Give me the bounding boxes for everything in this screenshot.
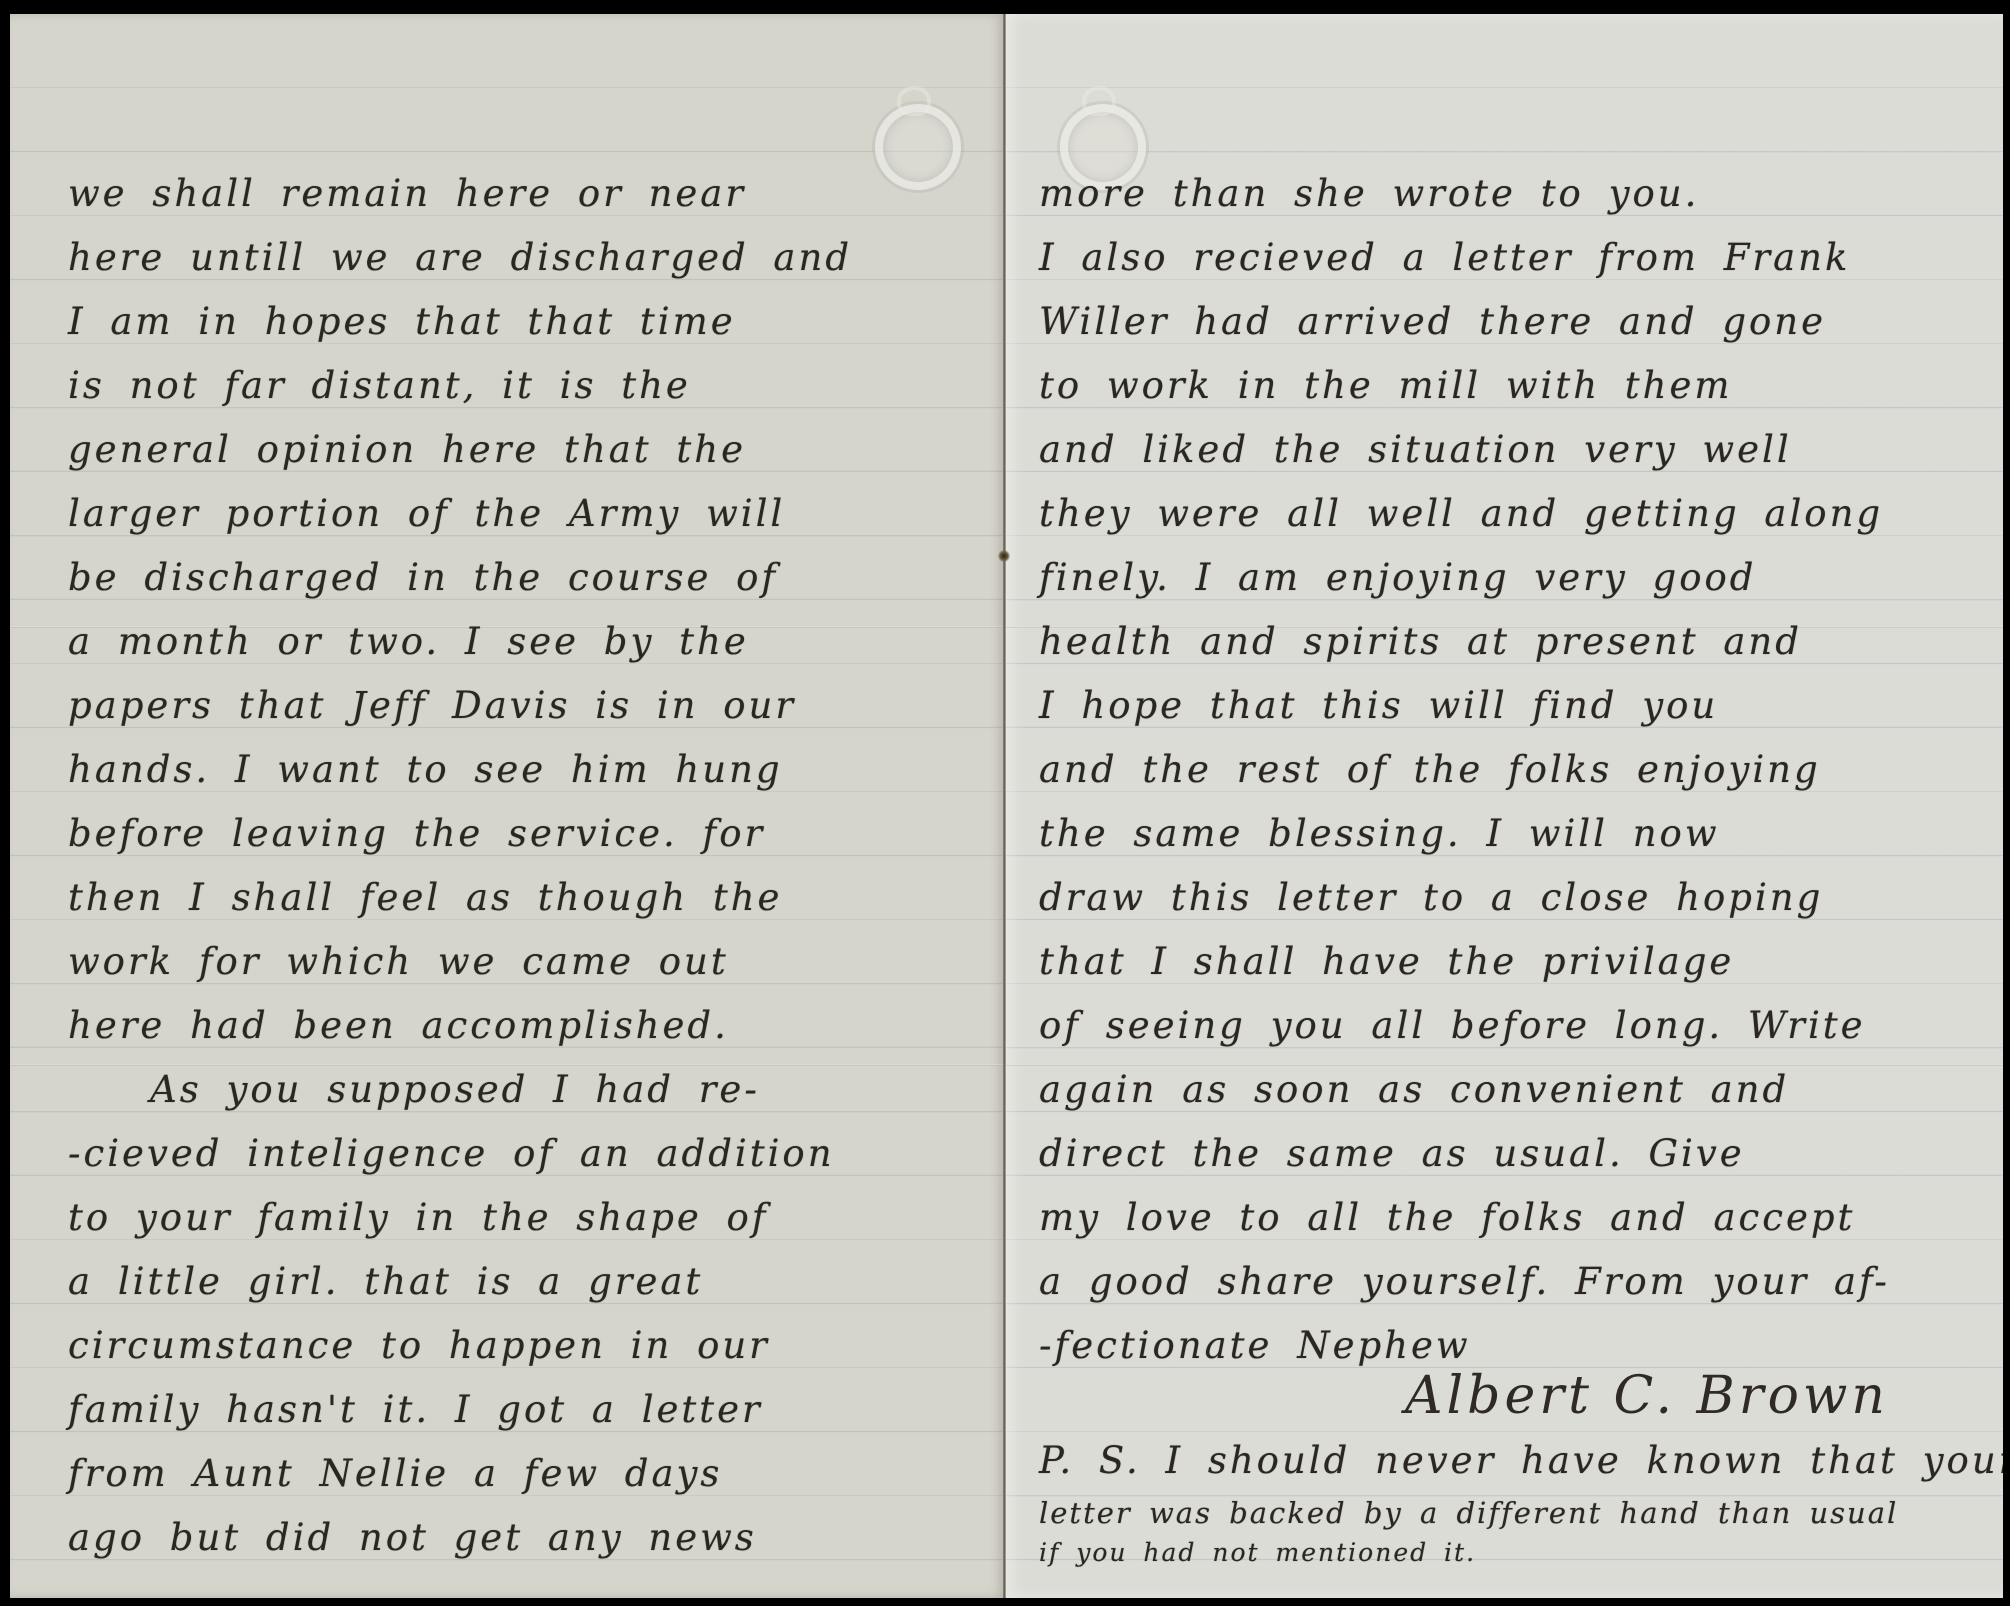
- letter-line: and the rest of the folks enjoying: [1005, 738, 2003, 802]
- letter-line: a month or two. I see by the: [10, 610, 1005, 674]
- letter-line: here had been accomplished.: [10, 994, 1005, 1058]
- postscript: P. S. I should never have known that you…: [1039, 1432, 1989, 1570]
- letter-line: of seeing you all before long. Write: [1005, 994, 2003, 1058]
- paragraph-start-line: As you supposed I had re-: [10, 1058, 1005, 1122]
- center-fold: [1003, 14, 1006, 1598]
- letter-line: hands. I want to see him hung: [10, 738, 1005, 802]
- letter-line: circumstance to happen in our: [10, 1314, 1005, 1378]
- letter-line: they were all well and getting along: [1005, 482, 2003, 546]
- letter-line: and liked the situation very well: [1005, 418, 2003, 482]
- letter-line: I am in hopes that that time: [10, 290, 1005, 354]
- letter-line: from Aunt Nellie a few days: [10, 1442, 1005, 1506]
- letter-line: that I shall have the privilage: [1005, 930, 2003, 994]
- letter-line: more than she wrote to you.: [1005, 162, 2003, 226]
- letter-line: family hasn't it. I got a letter: [10, 1378, 1005, 1442]
- letter-line: -cieved inteligence of an addition: [10, 1122, 1005, 1186]
- letter-line: is not far distant, it is the: [10, 354, 1005, 418]
- letter-line: direct the same as usual. Give: [1005, 1122, 2003, 1186]
- fold-hole-mark: [998, 550, 1010, 562]
- right-page: more than she wrote to you. I also recie…: [1005, 14, 2003, 1598]
- left-page: we shall remain here or near here untill…: [10, 14, 1005, 1598]
- letter-line: ago but did not get any news: [10, 1506, 1005, 1570]
- postscript-line: P. S. I should never have known that you…: [1039, 1432, 1989, 1490]
- letter-line: we shall remain here or near: [10, 162, 1005, 226]
- letter-line: finely. I am enjoying very good: [1005, 546, 2003, 610]
- letter-line: then I shall feel as though the: [10, 866, 1005, 930]
- signature: Albert C. Brown: [1405, 1366, 1889, 1426]
- letter-line: again as soon as convenient and: [1005, 1058, 2003, 1122]
- letter-line: larger portion of the Army will: [10, 482, 1005, 546]
- postscript-line: letter was backed by a different hand th…: [1039, 1490, 1989, 1536]
- postscript-line: if you had not mentioned it.: [1039, 1536, 1989, 1570]
- letter-line: the same blessing. I will now: [1005, 802, 2003, 866]
- letter-line: before leaving the service. for: [10, 802, 1005, 866]
- letter-line: general opinion here that the: [10, 418, 1005, 482]
- letter-spread: we shall remain here or near here untill…: [10, 14, 2003, 1598]
- right-page-text: more than she wrote to you. I also recie…: [1005, 162, 2003, 1378]
- letter-line: to your family in the shape of: [10, 1186, 1005, 1250]
- left-page-text: we shall remain here or near here untill…: [10, 162, 1005, 1570]
- letter-line: to work in the mill with them: [1005, 354, 2003, 418]
- letter-line: be discharged in the course of: [10, 546, 1005, 610]
- letter-line: I hope that this will find you: [1005, 674, 2003, 738]
- letter-line: I also recieved a letter from Frank: [1005, 226, 2003, 290]
- letter-line: a little girl. that is a great: [10, 1250, 1005, 1314]
- letter-line: a good share yourself. From your af-: [1005, 1250, 2003, 1314]
- letter-line: draw this letter to a close hoping: [1005, 866, 2003, 930]
- letter-line: papers that Jeff Davis is in our: [10, 674, 1005, 738]
- letter-line: Willer had arrived there and gone: [1005, 290, 2003, 354]
- letter-line: health and spirits at present and: [1005, 610, 2003, 674]
- letter-line: my love to all the folks and accept: [1005, 1186, 2003, 1250]
- letter-line: here untill we are discharged and: [10, 226, 1005, 290]
- letter-line: work for which we came out: [10, 930, 1005, 994]
